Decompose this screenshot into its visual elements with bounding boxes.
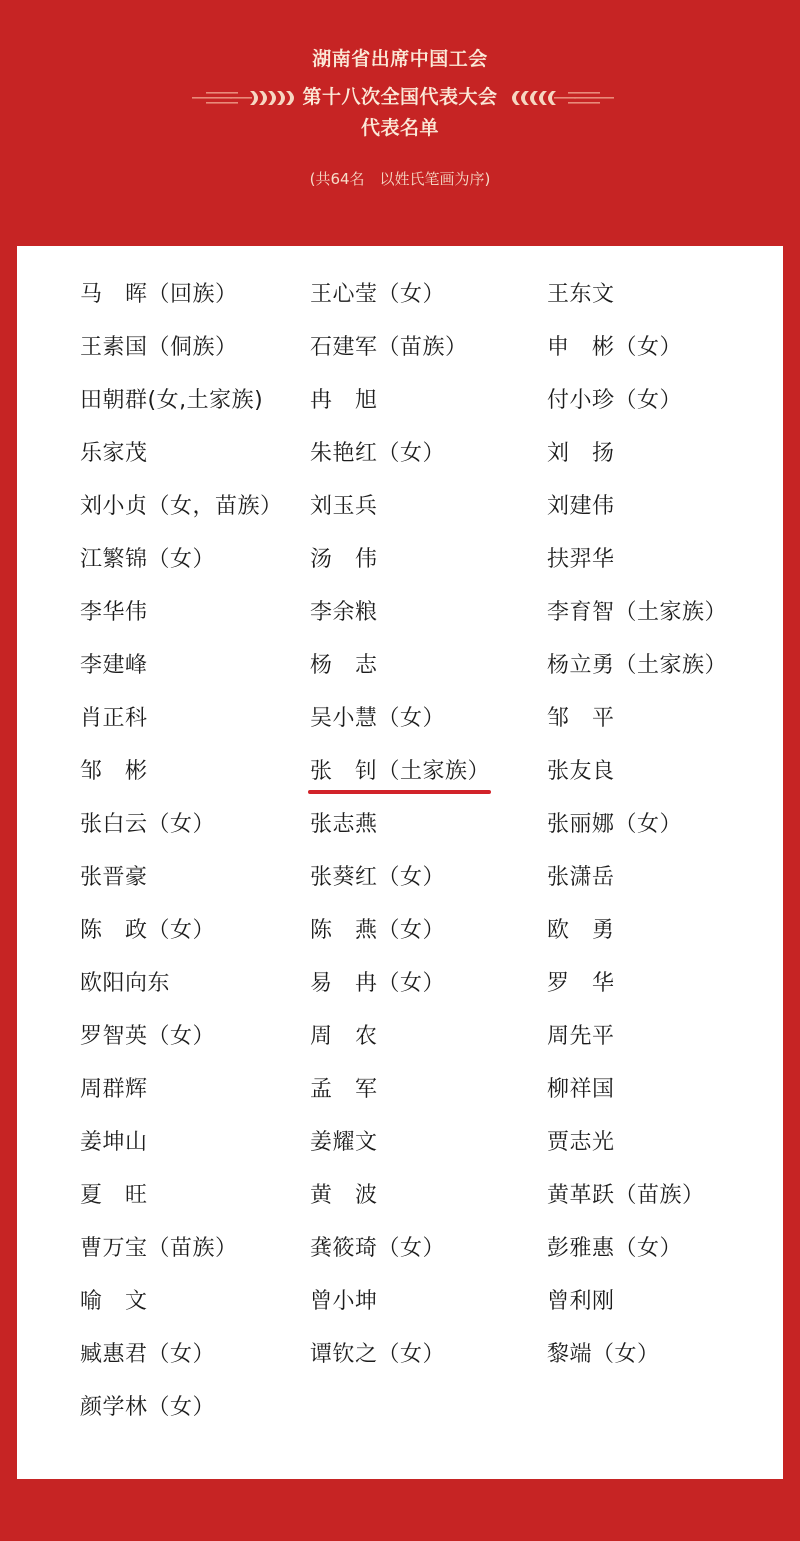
delegate-name: 李育智（土家族） [547,598,727,628]
delegate-name: 吴小慧（女） [310,704,445,734]
delegate-name: 曾小坤 [310,1287,378,1317]
delegate-name: 曾利刚 [547,1287,615,1317]
delegate-name: 欧阳向东 [80,969,170,999]
delegate-name: 龚筱琦（女） [310,1234,445,1264]
delegate-name: 孟 军 [310,1075,378,1105]
delegate-name: 张志燕 [310,810,378,840]
delegate-name: 曹万宝（苗族） [80,1234,238,1264]
delegate-name: 姜坤山 [80,1128,148,1158]
delegate-name: 杨立勇（土家族） [547,651,727,681]
delegate-name: 陈 政（女） [80,916,215,946]
title-line-2: 第十八次全国代表大会 [0,84,800,110]
delegate-name: 贾志光 [547,1128,615,1158]
title-line-2-row: 第十八次全国代表大会 [0,84,800,110]
delegate-name: 易 冉（女） [310,969,445,999]
delegate-name: 张丽娜（女） [547,810,682,840]
wheat-ear-right-icon [506,88,614,108]
delegate-name: 彭雅惠（女） [547,1234,682,1264]
delegate-name: 汤 伟 [310,545,378,575]
delegate-name: 石建军（苗族） [310,333,468,363]
highlight-underline [308,790,491,794]
delegate-name: 黎端（女） [547,1340,660,1370]
delegate-name: 朱艳红（女） [310,439,445,469]
delegate-name: 李建峰 [80,651,148,681]
delegate-name: 田朝群(女,土家族) [80,386,263,416]
delegate-name: 罗智英（女） [80,1022,215,1052]
delegate-name: 王心莹（女） [310,280,445,310]
delegate-name: 李余粮 [310,598,378,628]
delegate-name: 黄 波 [310,1181,378,1211]
delegate-name: 王东文 [547,280,615,310]
delegate-name: 周先平 [547,1022,615,1052]
title-line-3: 代表名单 [0,115,800,141]
delegate-name: 罗 华 [547,969,615,999]
delegate-name: 喻 文 [80,1287,148,1317]
delegate-name: 周群辉 [80,1075,148,1105]
delegate-name: 谭钦之（女） [310,1340,445,1370]
delegate-name: 王素国（侗族） [80,333,238,363]
delegate-name: 刘建伟 [547,492,615,522]
delegate-name: 李华伟 [80,598,148,628]
header-banner: 湖南省出席中国工会 第十八次全国代表大会 [0,0,800,246]
delegate-name: 周 农 [310,1022,378,1052]
delegate-name: 张潇岳 [547,863,615,893]
delegate-name: 邹 平 [547,704,615,734]
delegate-name: 姜耀文 [310,1128,378,1158]
delegate-name: 杨 志 [310,651,378,681]
title-line-1: 湖南省出席中国工会 [0,46,800,72]
delegate-name: 黄革跃（苗族） [547,1181,705,1211]
delegate-name: 申 彬（女） [547,333,682,363]
delegate-name: 张晋豪 [80,863,148,893]
subtitle-count-note: (共64名 以姓氏笔画为序) [0,168,800,190]
delegate-name: 刘小贞（女，苗族） [80,492,283,522]
delegate-name: 夏 旺 [80,1181,148,1211]
delegate-name: 刘 扬 [547,439,615,469]
delegate-name: 扶羿华 [547,545,615,575]
delegate-name: 肖正科 [80,704,148,734]
delegate-name: 臧惠君（女） [80,1340,215,1370]
delegate-name: 张葵红（女） [310,863,445,893]
delegate-name: 张友良 [547,757,615,787]
delegate-name: 江繁锦（女） [80,545,215,575]
delegate-list-card: 马 晖（回族）王心莹（女）王东文王素国（侗族）石建军（苗族）申 彬（女）田朝群(… [17,246,783,1479]
delegate-name: 欧 勇 [547,916,615,946]
delegate-name: 张白云（女） [80,810,215,840]
delegate-name: 马 晖（回族） [80,280,238,310]
delegate-name: 陈 燕（女） [310,916,445,946]
delegate-name: 乐家茂 [80,439,148,469]
delegate-name: 付小珍（女） [547,386,682,416]
delegate-name: 颜学林（女） [80,1393,215,1423]
delegate-name: 邹 彬 [80,757,148,787]
delegate-name: 冉 旭 [310,386,378,416]
delegate-name: 刘玉兵 [310,492,378,522]
delegate-name: 柳祥国 [547,1075,615,1105]
delegate-name: 张 钊（土家族） [310,757,490,787]
